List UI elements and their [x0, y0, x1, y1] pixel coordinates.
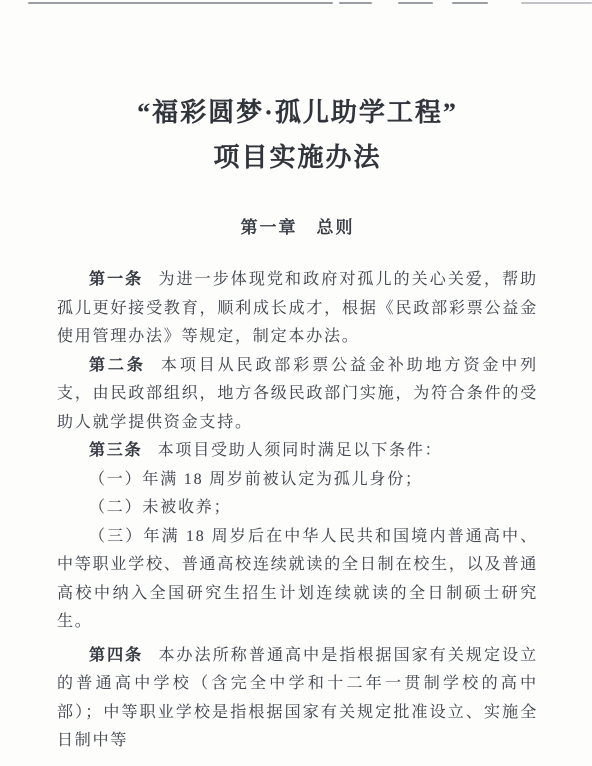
scan-edge-artifact [452, 2, 488, 4]
document-title-line-2: 项目实施办法 [57, 135, 538, 180]
condition-item-3: （三）年满 18 周岁后在中华人民共和国境内普通高中、中等职业学校、普通高校连续… [57, 523, 538, 637]
article-2-label: 第二条 [89, 357, 146, 374]
scan-edge-artifact [339, 2, 372, 4]
article-2-paragraph: 第二条本项目从民政部彩票公益金补助地方资金中列支，由民政部组织，地方各级民政部门… [57, 352, 538, 438]
scan-edge-artifact [398, 2, 433, 4]
scan-edge-artifact [521, 2, 592, 4]
article-1-paragraph: 第一条为进一步体现党和政府对孤儿的关心关爱，帮助孤儿更好接受教育，顺利成长成才，… [57, 266, 538, 352]
document-content: “福彩圆梦·孤儿助学工程” 项目实施办法 第一章 总则 第一条为进一步体现党和政… [0, 0, 592, 756]
scan-edge-artifact [28, 2, 333, 4]
document-page: “福彩圆梦·孤儿助学工程” 项目实施办法 第一章 总则 第一条为进一步体现党和政… [0, 0, 592, 766]
condition-item-1: （一）年满 18 周岁前被认定为孤儿身份； [57, 466, 538, 495]
article-3-text: 本项目受助人须同时满足以下条件： [158, 442, 443, 459]
article-4-label: 第四条 [89, 647, 143, 664]
article-3-label: 第三条 [89, 442, 142, 459]
article-3-paragraph: 第三条本项目受助人须同时满足以下条件： [57, 437, 538, 466]
document-body: 第一条为进一步体现党和政府对孤儿的关心关爱，帮助孤儿更好接受教育，顺利成长成才，… [57, 266, 538, 756]
article-4-paragraph: 第四条本办法所称普通高中是指根据国家有关规定设立的普通高中学校（含完全中学和十二… [57, 642, 538, 756]
article-1-label: 第一条 [89, 271, 143, 288]
condition-item-3-text: （三）年满 18 周岁后在中华人民共和国境内普通高中、中等职业学校、普通高校连续… [57, 528, 538, 631]
chapter-1-heading: 第一章 总则 [57, 213, 538, 238]
condition-item-1-text: （一）年满 18 周岁前被认定为孤儿身份； [89, 471, 423, 488]
condition-item-2: （二）未被收养； [57, 494, 538, 523]
condition-item-2-text: （二）未被收养； [89, 499, 231, 516]
document-title-line-1: “福彩圆梦·孤儿助学工程” [57, 90, 538, 135]
